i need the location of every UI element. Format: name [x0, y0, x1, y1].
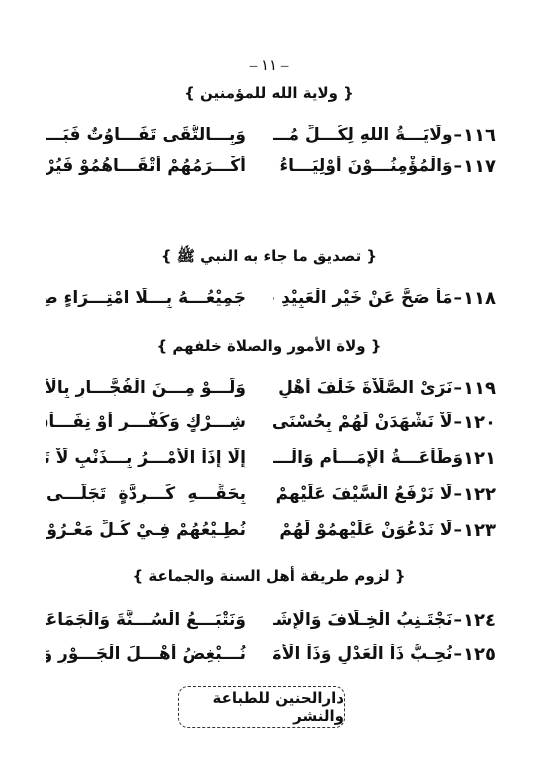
verse-line: ١٢٠ – لَاْ نَشْهَدَنْ لَهُمْ بِحُسْنَى أ…: [46, 407, 496, 437]
verse-second-hemistich: وَبِـــالتُّقَى تَفَـــاوُتٌ فَبَـــيِّن…: [46, 125, 246, 145]
section-heading-ahl-al-sunna: { لزوم طريقة أهل السنة والجماعة }: [0, 567, 538, 585]
verse-number: ١٢٢: [463, 484, 496, 505]
verse-first-hemistich: نَرَىْ الصَّلَاْةَ خَلْفَ أَهْلِ الْقِبْ…: [273, 378, 453, 398]
verse-first-hemistich: وَالْمُؤْمِنُـــوْنَ أَوْلِيَـــاءُ بَعْ…: [273, 156, 453, 176]
verse-number: ١١٧: [463, 156, 496, 177]
verse-number: ١٢١: [463, 448, 496, 469]
verse-first-hemistich: لَاْ نَشْهَدَنْ لَهُمْ بِحُسْنَى أَوْ سَ…: [273, 412, 453, 432]
section-heading-tasdiq: { تصديق ما جاء به النبي ﷺ }: [0, 247, 538, 269]
page-number: – ١١ –: [0, 56, 538, 75]
verse-second-hemistich: وَلَـــوْ مِـــنَ الْفُجَّـــارِ بِالْأَ…: [46, 378, 246, 398]
publisher-name: دارالحنين للطباعة والنشر: [179, 689, 344, 725]
verse-second-hemistich: بِحَقِّـــهِ كَـــرِدَّةٍ تَجَلَّـــى: [46, 484, 246, 504]
verse-second-hemistich: أَكْـــرَمُهُمْ أَتْقَـــاهُمُوْ فَيُرْض…: [46, 156, 246, 176]
verse-dash: –: [454, 644, 463, 664]
verse-line: ١٢٢ – لَا نَرْفَعُ الْسَّيْفَ عَلَيْهِمْ…: [46, 479, 496, 509]
verse-second-hemistich: وَنَتْبَـــعُ الْسُـــنَّةَ وَالْجَمَاعَ…: [46, 610, 246, 630]
verse-first-hemistich: وِلَايَـــةُ اللهِ لِكُـــلِّ مُـــؤْمِن…: [273, 125, 453, 145]
verse-second-hemistich: شِـــرْكٍ وَكُفْـــرٍ أَوْ نِفَـــاْقٍ ا…: [46, 412, 246, 432]
verse-dash: –: [454, 520, 463, 540]
verse-dash: –: [454, 610, 463, 630]
verse-line: ١١٦ – وِلَايَـــةُ اللهِ لِكُـــلِّ مُــ…: [46, 120, 496, 150]
verse-first-hemistich: نُحِـبُّ ذَاْ الْعَدْلِ وَذَاْ الْأَمَاْ…: [273, 644, 453, 664]
verse-second-hemistich: نُطِـيْعُهُمْ فِـيْ كُـلِّ مَعْـرُوْفٍ ق…: [46, 520, 246, 540]
verse-second-hemistich: جَمِيْعُـــهُ بِـــلَا امْتِـــرَاءٍ صِـ…: [46, 288, 246, 308]
verse-dash: –: [454, 288, 463, 308]
verse-dash: –: [454, 412, 463, 432]
verse-line: ١١٧ – وَالْمُؤْمِنُـــوْنَ أَوْلِيَـــاء…: [46, 151, 496, 181]
verse-dash: –: [454, 378, 463, 398]
verse-second-hemistich: إِلَّا إِذَاْ الْأَمْـــرُ بِـــذَنْبٍ ل…: [46, 448, 246, 468]
section-heading-wulat-al-umur: { ولاة الأمور والصلاة خلفهم }: [0, 337, 538, 355]
verse-dash: –: [454, 125, 463, 145]
verse-dash: –: [454, 484, 463, 504]
verse-number: ١٢٥: [463, 644, 496, 665]
verse-number: ١١٦: [463, 125, 496, 146]
verse-line: ١٢١ وَطَاْعَـــةُ الْإِمَـــاْمِ وَالْــ…: [46, 443, 496, 473]
verse-first-hemistich: وَطَاْعَـــةُ الْإِمَـــاْمِ وَالْـــوُل…: [273, 448, 463, 468]
verse-number: ١١٨: [463, 288, 496, 309]
verse-second-hemistich: نُـــبْغِضُ أَهْـــلَ الْجَـــوْرِ وَالْ…: [46, 644, 246, 664]
verse-first-hemistich: مَاْ صَحَّ عَنْ خَيْرِ الْعَبِيْدِ حَقٌّ: [273, 288, 453, 308]
verse-line: ١٢٥ – نُحِـبُّ ذَاْ الْعَدْلِ وَذَاْ الْ…: [46, 639, 496, 669]
verse-number: ١٢٠: [463, 412, 496, 433]
verse-first-hemistich: لَا نَدْعُوَنْ عَلَيْهِمُوْ لَهُمْ سَلِ: [273, 520, 453, 540]
section-heading-wilayat-allah: { ولاية الله للمؤمنين }: [0, 84, 538, 102]
verse-line: ١٢٣ – لَا نَدْعُوَنْ عَلَيْهِمُوْ لَهُمْ…: [46, 515, 496, 545]
verse-line: ١٢٤ – نَجْتَـنِبُ الْخِـلَافَ وَالْإِشَـ…: [46, 605, 496, 635]
verse-line: ١١٨ – مَاْ صَحَّ عَنْ خَيْرِ الْعَبِيْدِ…: [46, 283, 496, 313]
verse-dash: –: [454, 156, 463, 176]
document-page: – ١١ – { ولاية الله للمؤمنين } ١١٦ – وِل…: [0, 0, 538, 759]
verse-first-hemistich: نَجْتَـنِبُ الْخِـلَافَ وَالْإِشَـاعَةْ: [273, 610, 453, 630]
verse-line: ١١٩ – نَرَىْ الصَّلَاْةَ خَلْفَ أَهْلِ ا…: [46, 373, 496, 403]
verse-number: ١١٩: [463, 378, 496, 399]
verse-number: ١٢٣: [463, 520, 496, 541]
publisher-label-box: دارالحنين للطباعة والنشر: [178, 686, 345, 728]
verse-first-hemistich: لَا نَرْفَعُ الْسَّيْفَ عَلَيْهِمْ إِلَّ…: [273, 484, 453, 504]
verse-number: ١٢٤: [463, 610, 496, 631]
